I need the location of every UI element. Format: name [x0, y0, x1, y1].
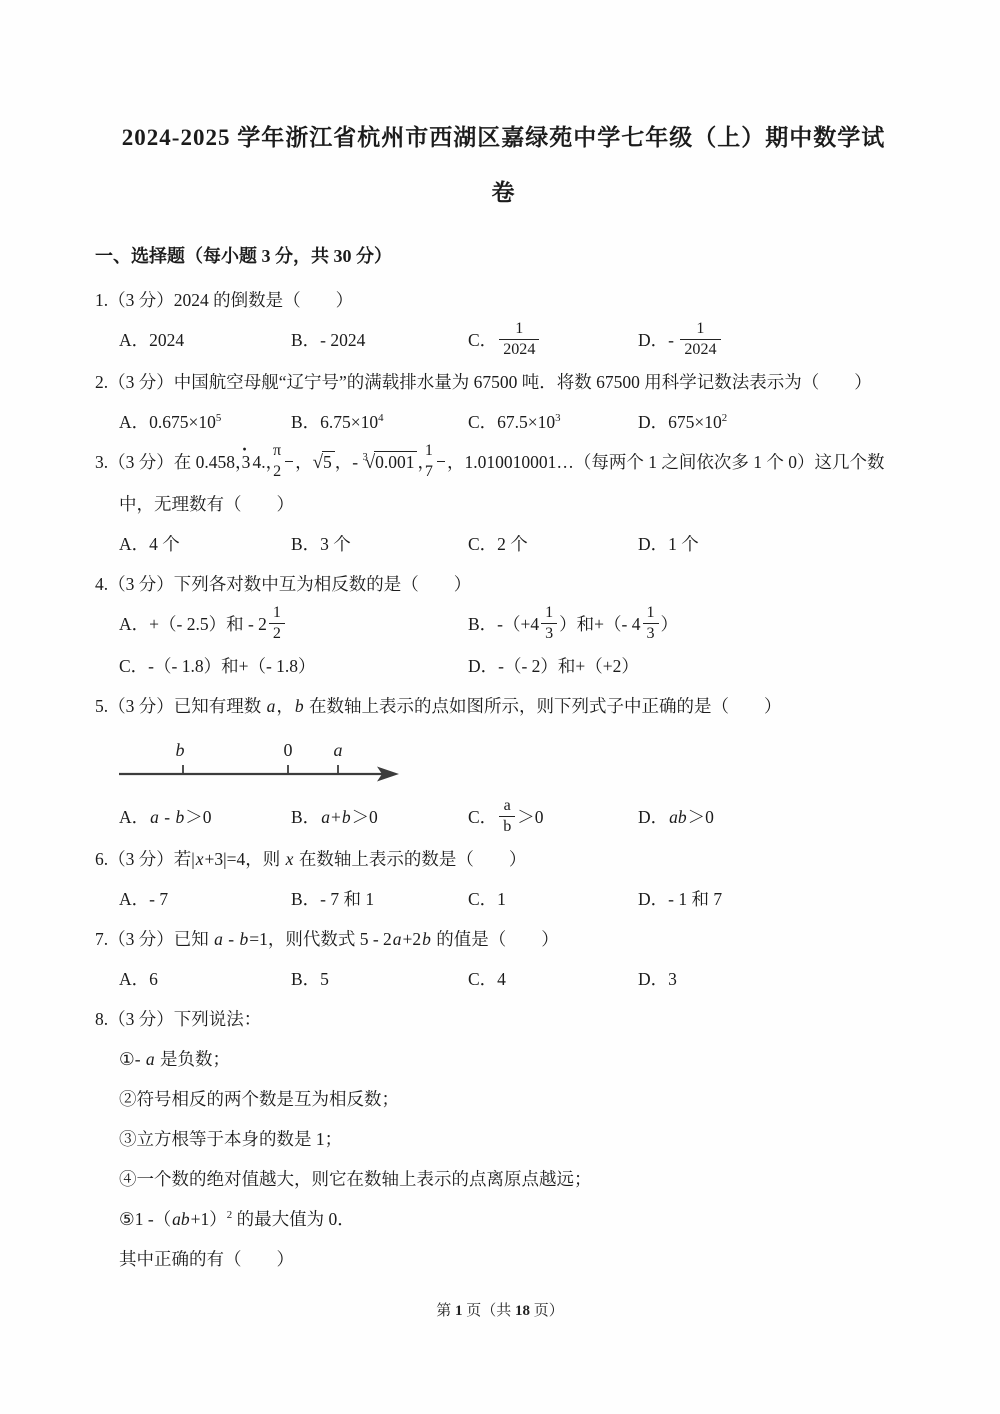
- question-2: 2.（3 分）中国航空母舰“辽宁号”的满载排水量为 67500 吨．将数 675…: [95, 362, 912, 442]
- q4-option-d: D．-（- 2）和+（+2）: [468, 646, 912, 686]
- question-1-stem: 1.（3 分）2024 的倒数是（ ）: [95, 280, 912, 320]
- q3-option-b: B．3 个: [291, 524, 468, 564]
- question-3: 3.（3 分）在 0.458，4.3，π2，√5，- 3√0.001，17，1.…: [95, 442, 912, 564]
- q7-option-a: A．6: [119, 959, 291, 999]
- number-line-label-zero: 0: [284, 740, 293, 760]
- q6-option-b: B．- 7 和 1: [291, 879, 468, 919]
- paper-title: 2024-2025 学年浙江省杭州市西湖区嘉绿苑中学七年级（上）期中数学试 卷: [95, 110, 912, 220]
- q6-option-a: A．- 7: [119, 879, 291, 919]
- question-6-options: A．- 7 B．- 7 和 1 C．1 D．- 1 和 7: [95, 879, 912, 919]
- q4-option-b: B．-（+413）和+（- 413）: [468, 604, 912, 646]
- q3-option-d: D．1 个: [638, 524, 912, 564]
- q1-option-d: D．- 12024: [638, 320, 912, 362]
- question-8: 8.（3 分）下列说法： ①- a 是负数； ②符号相反的两个数是互为相反数； …: [95, 999, 912, 1279]
- number-line-label-b: b: [176, 740, 185, 760]
- question-6-stem: 6.（3 分）若|x+3|=4，则 x 在数轴上表示的数是（ ）: [95, 839, 912, 879]
- paper-title-line2: 卷: [492, 180, 516, 205]
- question-3-stem: 3.（3 分）在 0.458，4.3，π2，√5，- 3√0.001，17，1.…: [95, 442, 912, 524]
- page-content: 2024-2025 学年浙江省杭州市西湖区嘉绿苑中学七年级（上）期中数学试 卷 …: [0, 0, 1000, 1279]
- q2-option-a: A．0.675×105: [119, 402, 291, 442]
- q1-option-a: A．2024: [119, 320, 291, 360]
- q2-option-d: D．675×102: [638, 402, 912, 442]
- question-4-options-row1: A．+（- 2.5）和 - 212 B．-（+413）和+（- 413）: [95, 604, 912, 646]
- q2-option-b: B．6.75×104: [291, 402, 468, 442]
- question-2-options: A．0.675×105 B．6.75×104 C．67.5×103 D．675×…: [95, 402, 912, 442]
- q1-option-c: C．12024: [468, 320, 638, 362]
- question-4-stem: 4.（3 分）下列各对数中互为相反数的是（ ）: [95, 564, 912, 604]
- question-2-stem: 2.（3 分）中国航空母舰“辽宁号”的满载排水量为 67500 吨．将数 675…: [95, 362, 912, 402]
- q6-option-c: C．1: [468, 879, 638, 919]
- page-footer: 第 1 页（共 18 页）: [0, 1299, 1000, 1320]
- number-line-figure: b 0 a: [115, 734, 912, 797]
- question-7: 7.（3 分）已知 a - b=1，则代数式 5 - 2a+2b 的值是（ ） …: [95, 919, 912, 999]
- q4-option-a: A．+（- 2.5）和 - 212: [119, 604, 468, 646]
- q8-statement-3: ③立方根等于本身的数是 1；: [95, 1119, 912, 1159]
- q8-statement-1: ①- a 是负数；: [95, 1039, 912, 1079]
- question-8-stem: 8.（3 分）下列说法：: [95, 999, 912, 1039]
- q2-option-c: C．67.5×103: [468, 402, 638, 442]
- q8-statement-2: ②符号相反的两个数是互为相反数；: [95, 1079, 912, 1119]
- q4-option-c: C．-（- 1.8）和+（- 1.8）: [119, 646, 468, 686]
- question-5-options: A．a - b＞0 B．a+b＞0 C．ab＞0 D．ab＞0: [95, 797, 912, 839]
- question-7-options: A．6 B．5 C．4 D．3: [95, 959, 912, 999]
- exam-paper-page: 2024-2025 学年浙江省杭州市西湖区嘉绿苑中学七年级（上）期中数学试 卷 …: [0, 0, 1000, 1414]
- q1-option-b: B．- 2024: [291, 320, 468, 360]
- q3-option-c: C．2 个: [468, 524, 638, 564]
- number-line-label-a: a: [334, 740, 343, 760]
- q7-option-c: C．4: [468, 959, 638, 999]
- q8-statement-4: ④一个数的绝对值越大，则它在数轴上表示的点离原点越远；: [95, 1159, 912, 1199]
- paper-title-line1: 2024-2025 学年浙江省杭州市西湖区嘉绿苑中学七年级（上）期中数学试: [122, 125, 885, 150]
- question-4: 4.（3 分）下列各对数中互为相反数的是（ ） A．+（- 2.5）和 - 21…: [95, 564, 912, 686]
- question-1-options: A．2024 B．- 2024 C．12024 D．- 12024: [95, 320, 912, 362]
- q8-closing: 其中正确的有（ ）: [95, 1239, 912, 1279]
- question-1: 1.（3 分）2024 的倒数是（ ） A．2024 B．- 2024 C．12…: [95, 280, 912, 362]
- question-4-options-row2: C．-（- 1.8）和+（- 1.8） D．-（- 2）和+（+2）: [95, 646, 912, 686]
- q5-option-a: A．a - b＞0: [119, 797, 291, 837]
- q7-option-d: D．3: [638, 959, 912, 999]
- question-6: 6.（3 分）若|x+3|=4，则 x 在数轴上表示的数是（ ） A．- 7 B…: [95, 839, 912, 919]
- q8-statement-5: ⑤1 -（ab+1）2 的最大值为 0．: [95, 1199, 912, 1239]
- q5-option-d: D．ab＞0: [638, 797, 912, 837]
- q5-option-c: C．ab＞0: [468, 797, 638, 839]
- question-5: 5.（3 分）已知有理数 a，b 在数轴上表示的点如图所示，则下列式子中正确的是…: [95, 686, 912, 839]
- q6-option-d: D．- 1 和 7: [638, 879, 912, 919]
- q7-option-b: B．5: [291, 959, 468, 999]
- number-line-svg: b 0 a: [115, 734, 415, 792]
- question-3-options: A．4 个 B．3 个 C．2 个 D．1 个: [95, 524, 912, 564]
- section-1-heading: 一、选择题（每小题 3 分，共 30 分）: [95, 236, 912, 276]
- question-5-stem: 5.（3 分）已知有理数 a，b 在数轴上表示的点如图所示，则下列式子中正确的是…: [95, 686, 912, 726]
- question-7-stem: 7.（3 分）已知 a - b=1，则代数式 5 - 2a+2b 的值是（ ）: [95, 919, 912, 959]
- q3-option-a: A．4 个: [119, 524, 291, 564]
- q5-option-b: B．a+b＞0: [291, 797, 468, 837]
